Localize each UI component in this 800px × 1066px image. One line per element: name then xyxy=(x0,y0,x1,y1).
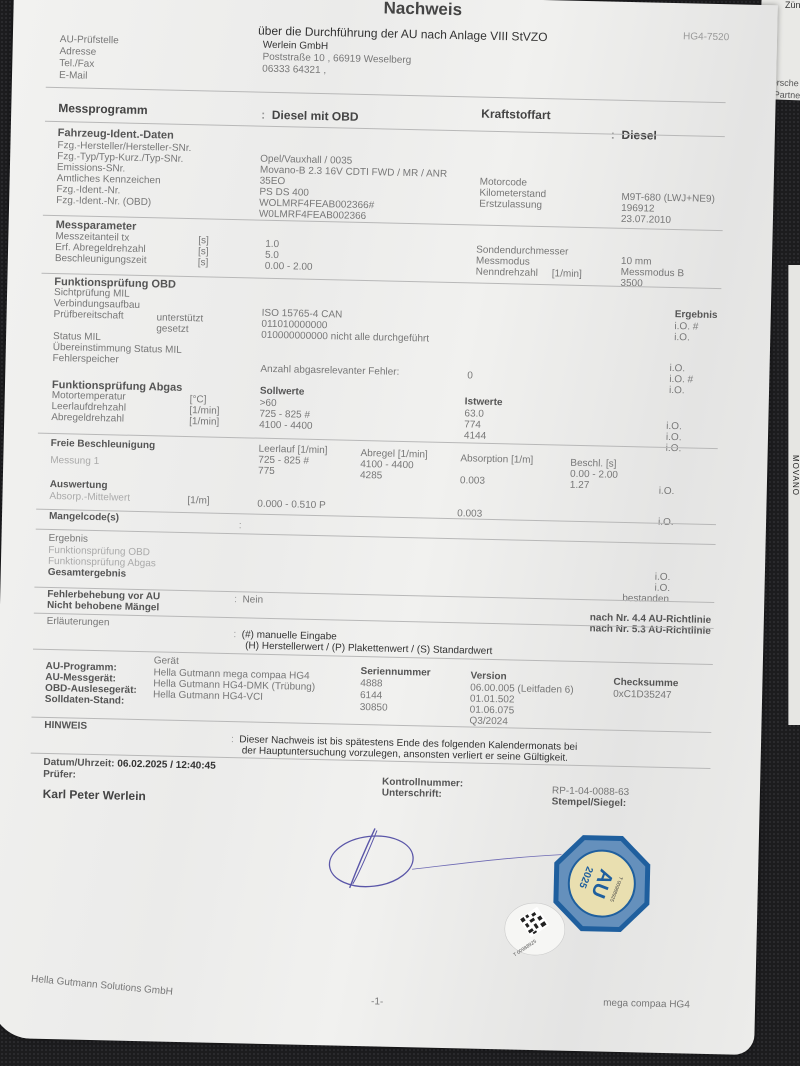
pruefer-name: Karl Peter Werlein xyxy=(43,787,146,803)
result-value: i.O. xyxy=(666,421,682,432)
au-seal-sticker: AU 2025 T 00988925 xyxy=(551,832,653,934)
signature-image xyxy=(325,825,567,900)
obd-results-top: i.O. # i.O. xyxy=(674,321,698,344)
unit: [s] xyxy=(198,246,209,257)
unit: [s] xyxy=(198,257,209,268)
messparameter-right-labels: Sondendurchmesser Messmodus Nenndrehzahl… xyxy=(476,245,583,280)
obd-results-bottom: i.O. i.O. # i.O. xyxy=(669,363,694,397)
result-value: i.O. xyxy=(669,363,693,375)
field-value: 3500 xyxy=(620,278,684,290)
pruefstelle-labels: AU-Prüfstelle Adresse Tel./Fax E-Mail xyxy=(59,34,119,83)
ist-value: 63.0 xyxy=(464,408,486,420)
auswertung-label: Absorp.-Mittelwert xyxy=(49,491,130,504)
messparameter-labels: Messzeitanteil tx Erf. Abregeldrehzahl B… xyxy=(55,231,147,266)
fehlerbehebung-value: : Nein xyxy=(234,594,263,606)
datetime-label: Datum/Uhrzeit: xyxy=(43,757,114,770)
ergebnis-labels: Funktionsprüfung OBD Funktionsprüfung Ab… xyxy=(48,545,157,580)
checksum-value: 0xC1D35247 xyxy=(613,689,672,701)
serial-header: Seriennummer xyxy=(360,666,430,679)
messung-label: Messung 1 xyxy=(50,455,99,467)
unit: [1/min] xyxy=(189,405,219,417)
divider xyxy=(36,509,716,525)
form-code: HG4-7520 xyxy=(683,31,729,43)
abgas-sollwerte: >60 725 - 825 # 4100 - 4400 xyxy=(259,398,313,432)
mangelcode-label: Mangelcode(s) xyxy=(49,511,119,524)
document-title: Nachweis xyxy=(383,0,462,20)
colon: : xyxy=(239,520,242,531)
kraftstoffart-label: Kraftstoffart xyxy=(481,107,551,123)
abgas-istwerte: 63.0 774 4144 xyxy=(464,408,487,441)
fehlerbehebung-labels: Fehlerbehebung vor AU Nicht behobene Män… xyxy=(47,589,160,614)
page-number: -1- xyxy=(371,996,383,1007)
ergebnis-values: i.O. i.O. xyxy=(654,572,670,594)
richtlinie-notes: nach Nr. 4.4 AU-Richtlinie nach Nr. 5.3 … xyxy=(589,612,711,637)
erlaeuterungen-label: Erläuterungen xyxy=(47,616,110,628)
fehler-count-value: 0 xyxy=(467,370,473,381)
unit: [1/min] xyxy=(189,416,219,428)
datetime-value: 06.02.2025 / 12:40:45 xyxy=(117,759,216,772)
auswertung-heading: Auswertung xyxy=(50,479,108,491)
result-value: i.O. xyxy=(666,432,682,443)
abgas-units: [°C] [1/min] [1/min] xyxy=(189,394,220,428)
obd-sub-labels: unterstützt gesetzt xyxy=(156,312,203,335)
first-registration-value: 23.07.2010 xyxy=(621,214,715,227)
result-value: i.O. # xyxy=(669,374,693,386)
abgas-results: i.O. i.O. i.O. xyxy=(666,421,682,454)
unit: [1/m] xyxy=(187,495,209,507)
ergebnis-heading: Ergebnis xyxy=(48,533,88,545)
erlaeuterungen-lines: : (#) manuelle Eingabe (H) Herstellerwer… xyxy=(233,629,493,657)
abgas-labels: Motortemperatur Leerlaufdrehzahl Abregel… xyxy=(51,390,126,425)
hinweis-label: HINWEIS xyxy=(44,720,87,732)
au-certificate-document: Nachweis über die Durchführung der AU na… xyxy=(0,0,778,1055)
result-value: i.O. xyxy=(655,572,671,583)
field-label: Solldaten-Stand: xyxy=(45,694,137,707)
pruefstelle-values: Werlein GmbH Poststraße 10 , 66919 Wesel… xyxy=(262,40,412,79)
footer-company: Hella Gutmann Solutions GmbH xyxy=(31,974,174,998)
unit: [s] xyxy=(198,235,209,246)
messparameter-units: [s] [s] [s] xyxy=(198,235,209,268)
absorption-column: Absorption [1/m] 0.003 xyxy=(460,453,534,488)
field-label: Beschleunigungszeit xyxy=(55,253,147,266)
result-value: i.O. xyxy=(659,486,675,497)
abregel-column: Abregel [1/min] 4100 - 4400 4285 xyxy=(360,448,428,483)
overall-result: bestanden xyxy=(622,593,669,605)
field-label: Unterschrift: xyxy=(382,788,463,801)
serial-value: 4888 xyxy=(360,678,388,691)
background-paper-right: MOVANO xyxy=(788,265,800,725)
measured-value: 0.003 xyxy=(460,475,533,488)
fahrzeug-right-labels: Motorcode Kilometerstand Erstzulassung xyxy=(479,177,546,212)
field-value: 0.00 - 2.00 xyxy=(265,261,313,273)
geraete-labels: AU-Programm: AU-Messgerät: OBD-Auslesege… xyxy=(45,661,138,707)
measured-value: 775 xyxy=(258,466,327,479)
result-value: i.O. xyxy=(654,583,670,594)
field-label: Fzg.-Ident.-Nr. (OBD) xyxy=(56,195,190,209)
fahrzeug-values: Opel/Vauxhall / 0035 Movano-B 2.3 16V CD… xyxy=(259,154,448,224)
ist-value: 774 xyxy=(464,419,486,431)
pruefer-label: Prüfer: xyxy=(43,769,76,781)
result-value: i.O. # xyxy=(674,321,698,333)
serial-value: 6144 xyxy=(360,690,388,703)
result-value: i.O. xyxy=(669,385,693,397)
fahrzeug-right-values: M9T-680 (LWJ+NE9) 196912 23.07.2010 xyxy=(621,192,715,227)
beschleunigung-heading: Freie Beschleunigung xyxy=(51,438,156,451)
messprogramm-value: : Diesel mit OBD xyxy=(261,108,359,124)
field-label: Abregeldrehzahl xyxy=(51,412,126,425)
result-value: i.O. xyxy=(666,443,682,454)
geraete-versions: 06.00.005 (Leitfaden 6) 01.01.502 01.06.… xyxy=(469,683,573,729)
serial-value: 30850 xyxy=(360,702,388,715)
fahrzeug-labels: Fzg.-Hersteller/Hersteller-SNr. Fzg.-Typ… xyxy=(56,140,191,209)
version-header: Version xyxy=(470,671,506,683)
checksum-header: Checksumme xyxy=(613,677,678,689)
soll-value: 4100 - 4400 xyxy=(259,420,313,432)
field-label: Erstzulassung xyxy=(479,199,546,212)
leerlauf-column: Leerlauf [1/min] 725 - 825 # 775 xyxy=(258,444,328,479)
field-label: E-Mail xyxy=(59,70,118,83)
result-value: i.O. xyxy=(674,332,698,344)
field-label: Stempel/Siegel: xyxy=(552,796,629,809)
obd-values: ISO 15765-4 CAN 011010000000 01000000000… xyxy=(261,308,430,345)
ergebnis-column-label: Ergebnis xyxy=(675,309,718,321)
background-vertical-label: MOVANO xyxy=(791,455,800,496)
sollwerte-header: Sollwerte xyxy=(260,386,305,398)
kontroll-labels: Kontrollnummer: Unterschrift: xyxy=(382,777,464,801)
beschl-column: Beschl. [s] 0.00 - 2.00 1.27 xyxy=(570,458,619,492)
divider xyxy=(31,717,711,733)
auswertung-range: 0.000 - 0.510 P xyxy=(257,499,326,512)
unit: [1/min] xyxy=(552,268,582,280)
measured-value: 4285 xyxy=(360,470,427,483)
divider xyxy=(46,87,726,103)
geraete-names: Hella Gutmann mega compaa HG4 Hella Gutm… xyxy=(153,667,316,704)
messparameter-values: 1.0 5.0 0.00 - 2.00 xyxy=(265,239,314,273)
divider xyxy=(36,529,716,545)
fehler-count-label: Anzahl abgasrelevanter Fehler: xyxy=(260,364,399,378)
field-label: Nicht behobene Mängel xyxy=(47,600,160,614)
field-label: Nenndrehzahl xyxy=(476,267,538,279)
geraete-serials: 4888 6144 30850 xyxy=(360,678,389,715)
geraet-header: Gerät xyxy=(154,655,179,667)
unit: [°C] xyxy=(190,394,220,406)
hinweis-text: : Dieser Nachweis ist bis spätestens End… xyxy=(231,734,578,764)
messprogramm-label: Messprogramm xyxy=(58,101,148,117)
column-header: Absorption [1/m] xyxy=(460,453,533,466)
kontroll-values: RP-1-04-0088-63 Stempel/Siegel: xyxy=(552,785,630,809)
ist-value: 4144 xyxy=(464,430,486,442)
field-label: gesetzt xyxy=(156,323,203,335)
istwerte-header: Istwerte xyxy=(465,396,503,408)
background-note: Zündkerzen xyxy=(785,0,800,10)
footer-device: mega compaa HG4 xyxy=(603,998,690,1011)
measured-value: 1.27 xyxy=(570,480,618,492)
